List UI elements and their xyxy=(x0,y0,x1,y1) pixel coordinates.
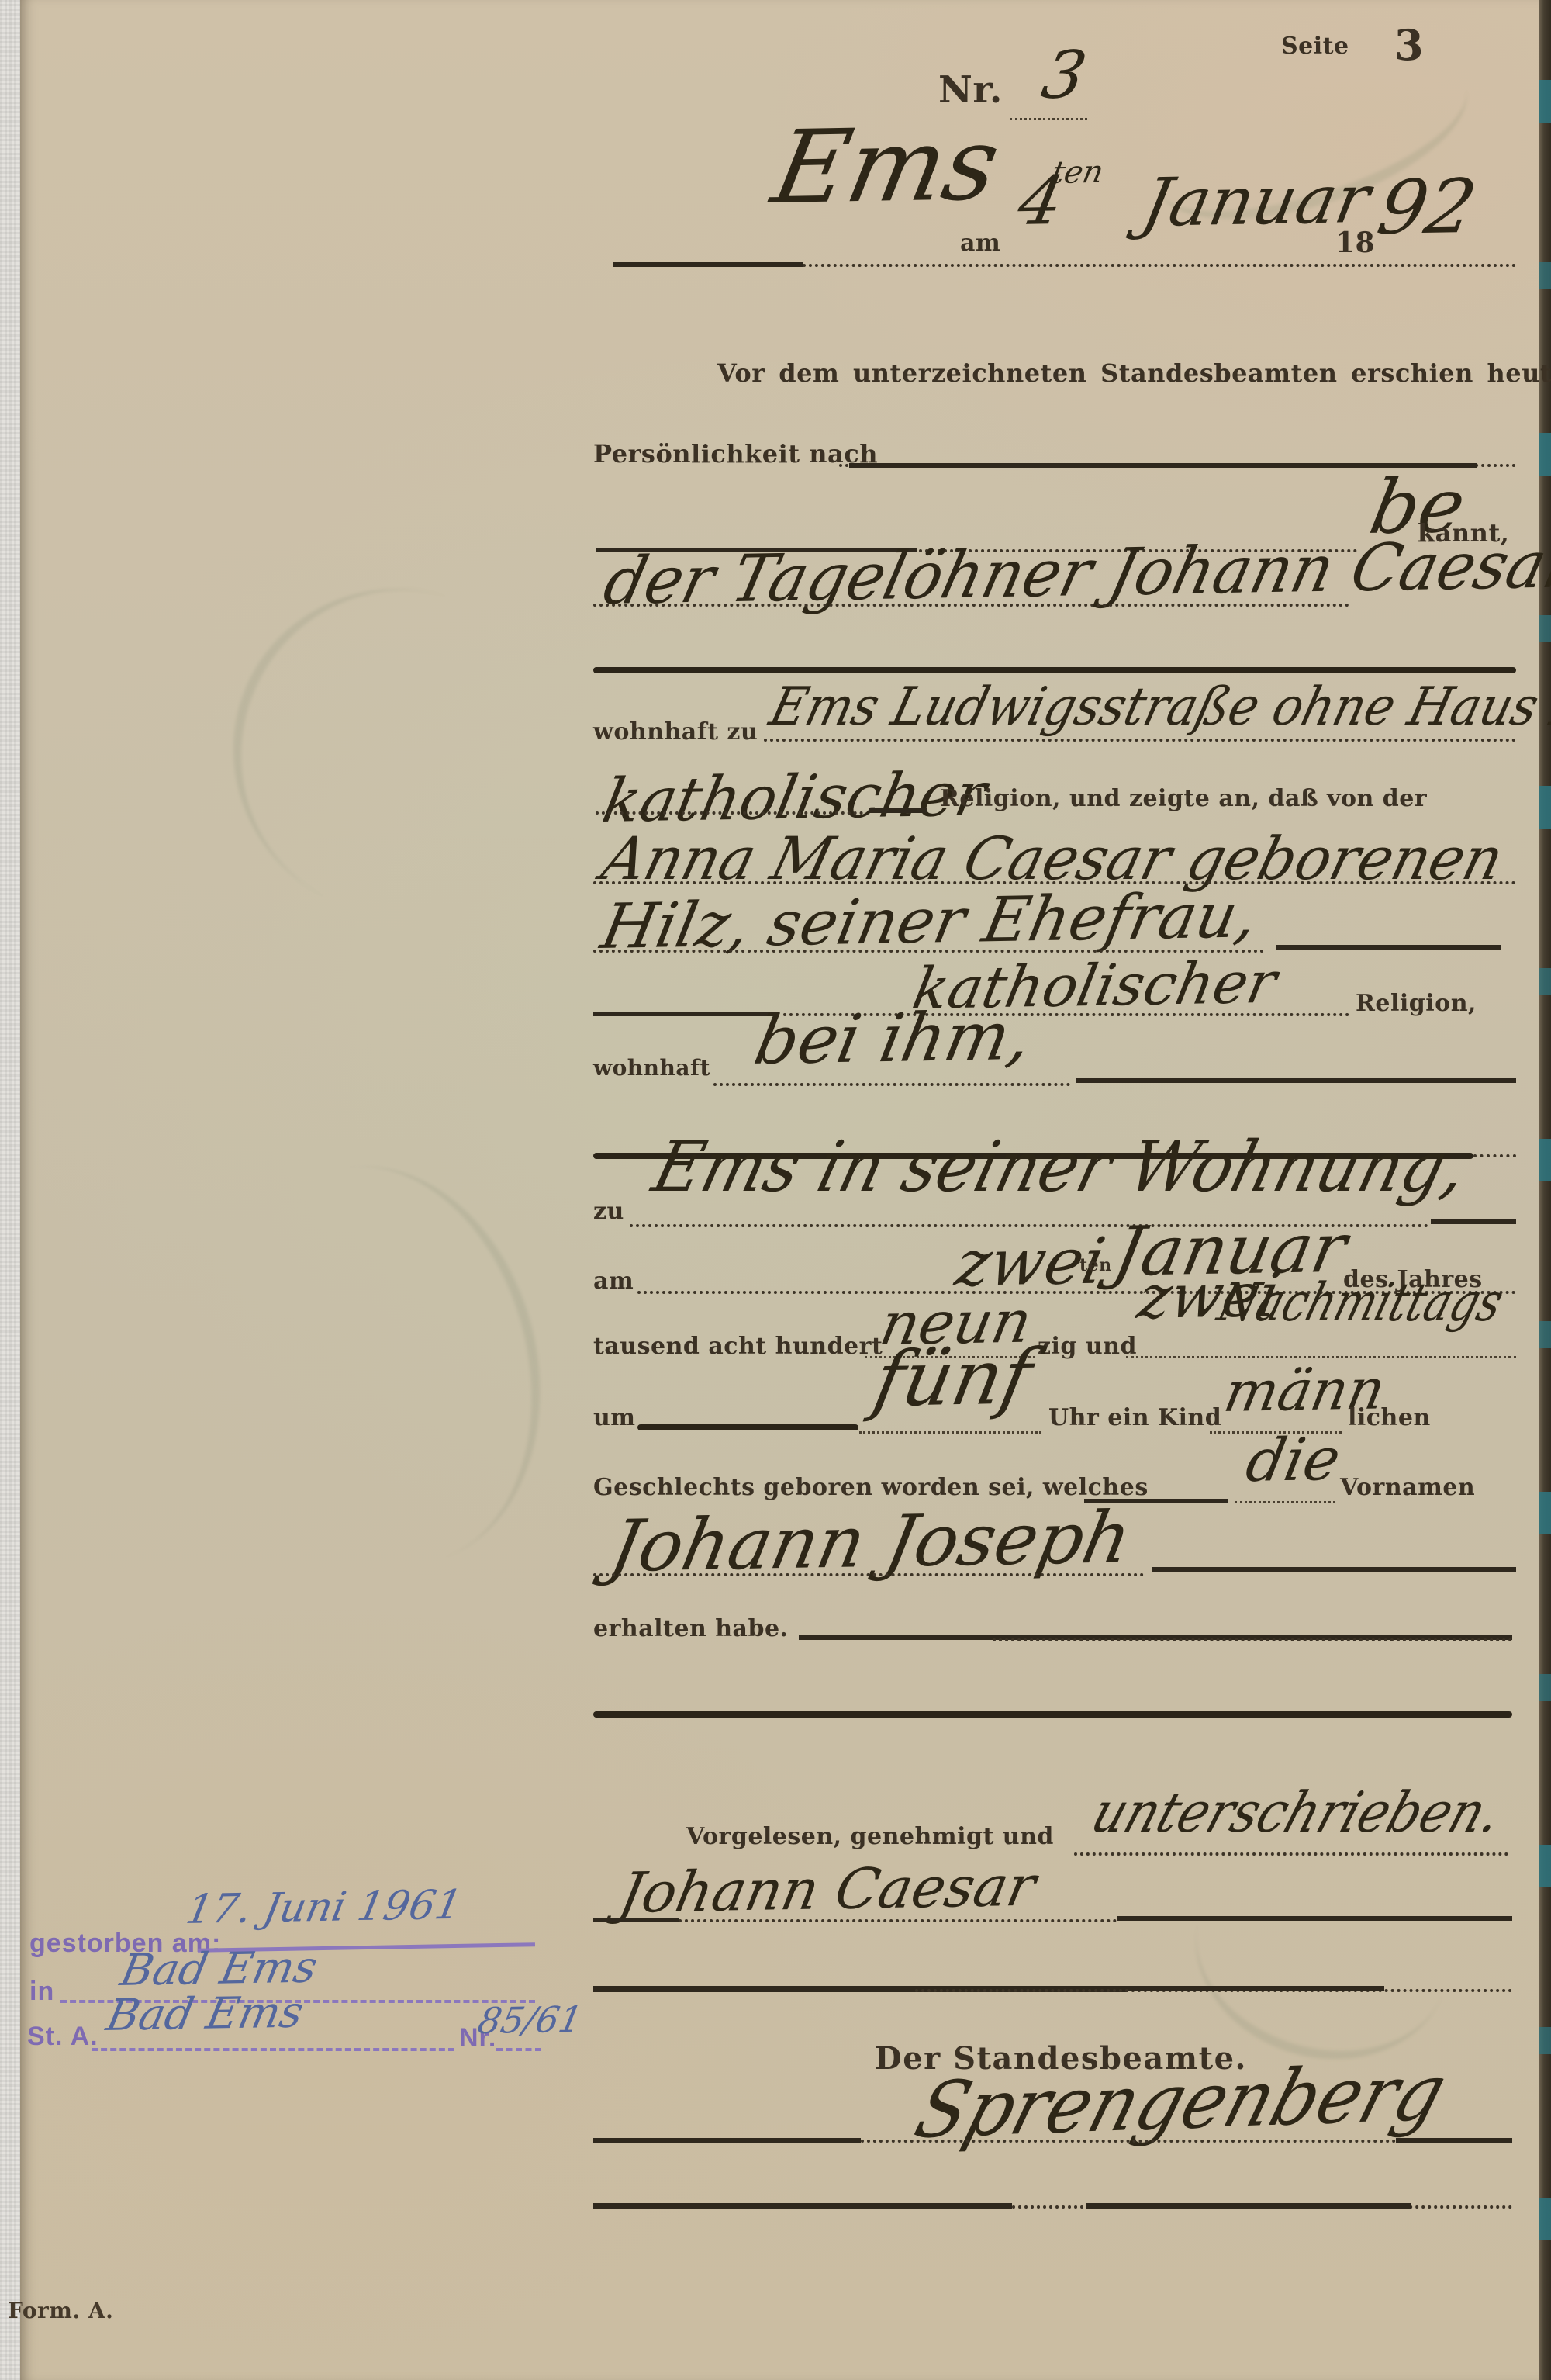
vorgelesen-label: Vorgelesen, genehmigt und xyxy=(686,1823,1054,1850)
declarant-residence: Ems Ludwigsstraße ohne Haus No, xyxy=(764,676,1551,738)
persoenlichkeit-label: Persönlichkeit nach xyxy=(593,439,878,469)
rule xyxy=(1076,1078,1516,1083)
form-label: Form. A. xyxy=(8,2298,113,2323)
unterschrieben-hand: unterschrieben. xyxy=(1084,1780,1511,1845)
scanner-edge xyxy=(0,0,20,2380)
rule xyxy=(803,264,1516,267)
rule xyxy=(859,1431,1041,1434)
daytime-hand: Nachmittags xyxy=(1211,1272,1510,1334)
rule xyxy=(1074,1852,1508,1856)
mother-residence: bei ihm, xyxy=(748,998,1038,1080)
birth-place: Ems in seiner Wohnung, xyxy=(645,1126,1475,1208)
sta-label: St. A. xyxy=(27,2022,98,2052)
rule xyxy=(1010,118,1087,120)
death-place2-hand: Bad Ems xyxy=(102,1987,307,2041)
rule xyxy=(993,1638,1512,1641)
rule xyxy=(1431,1219,1516,1224)
rule xyxy=(861,2140,1396,2143)
page-label: Seite xyxy=(1281,33,1349,60)
intro-line: Vor dem unterzeichneten Standesbeamten e… xyxy=(717,358,1551,388)
am-label: am xyxy=(593,1268,634,1295)
mother-religion-printed: Religion, xyxy=(1356,990,1477,1017)
rule xyxy=(596,811,863,815)
rule xyxy=(593,604,1349,607)
rule xyxy=(1152,1567,1516,1572)
erhalten-label: erhalten habe. xyxy=(593,1615,789,1642)
rule xyxy=(1396,2138,1512,2143)
rule xyxy=(593,1012,779,1016)
rule xyxy=(869,808,927,813)
dateline-year: 92 xyxy=(1371,163,1483,251)
stamp-rule xyxy=(496,2048,541,2051)
rule xyxy=(593,2203,1012,2209)
rule xyxy=(613,262,803,267)
rule xyxy=(637,1424,858,1430)
uhr-label: Uhr ein Kind xyxy=(1048,1404,1221,1431)
gender-suffix: lichen xyxy=(1348,1404,1431,1431)
book-binding-edge xyxy=(1539,0,1551,2380)
stamp-rule xyxy=(92,2048,454,2051)
in-label: in xyxy=(29,1977,54,2007)
rule xyxy=(593,1573,1144,1576)
rule xyxy=(593,1711,1512,1718)
birth-day-suffix: ten xyxy=(1079,1255,1112,1275)
dateline-day-suffix: ten xyxy=(1048,154,1107,191)
declarant-religion-printed: Religion, und zeigte an, daß von der xyxy=(940,785,1427,812)
death-record-number: 85/61 xyxy=(475,1998,586,2042)
rule xyxy=(1117,1916,1512,1921)
rule xyxy=(764,739,1516,742)
rule xyxy=(679,1919,1117,1922)
zu-label: zu xyxy=(593,1198,624,1225)
dateline-am-label: am xyxy=(960,230,1000,257)
rule xyxy=(1473,1154,1516,1157)
die-hand: die xyxy=(1241,1424,1346,1495)
rule xyxy=(713,1083,1070,1086)
rule xyxy=(1086,2203,1411,2209)
wohnhaft-zu-label: wohnhaft zu xyxy=(593,718,758,745)
um-label: um xyxy=(593,1404,636,1431)
page-number: 3 xyxy=(1394,20,1424,70)
tausend-label: tausend acht hundert xyxy=(593,1333,883,1360)
dateline-century: 18 xyxy=(1335,227,1375,259)
rule xyxy=(593,2138,861,2143)
dateline-place: Ems xyxy=(764,105,1009,227)
birth-hour: fünf xyxy=(867,1334,1039,1424)
scanned-birth-record: Seite 3 Nr. 3 Ems am 4 ten Januar 18 92 … xyxy=(0,0,1551,2380)
rule xyxy=(1235,1501,1335,1503)
declarant-signature: Johann Caesar xyxy=(614,1853,1041,1925)
rule xyxy=(1128,1986,1384,1991)
rule xyxy=(593,1918,679,1922)
death-date-hand: 17. Juni 1961 xyxy=(182,1882,466,1933)
mother-wohnhaft-label: wohnhaft xyxy=(593,1055,710,1081)
zig-und-label: zig und xyxy=(1038,1333,1137,1360)
vornamen-label: Vornamen xyxy=(1340,1474,1475,1501)
rule xyxy=(1276,945,1501,950)
rule xyxy=(593,667,1516,673)
